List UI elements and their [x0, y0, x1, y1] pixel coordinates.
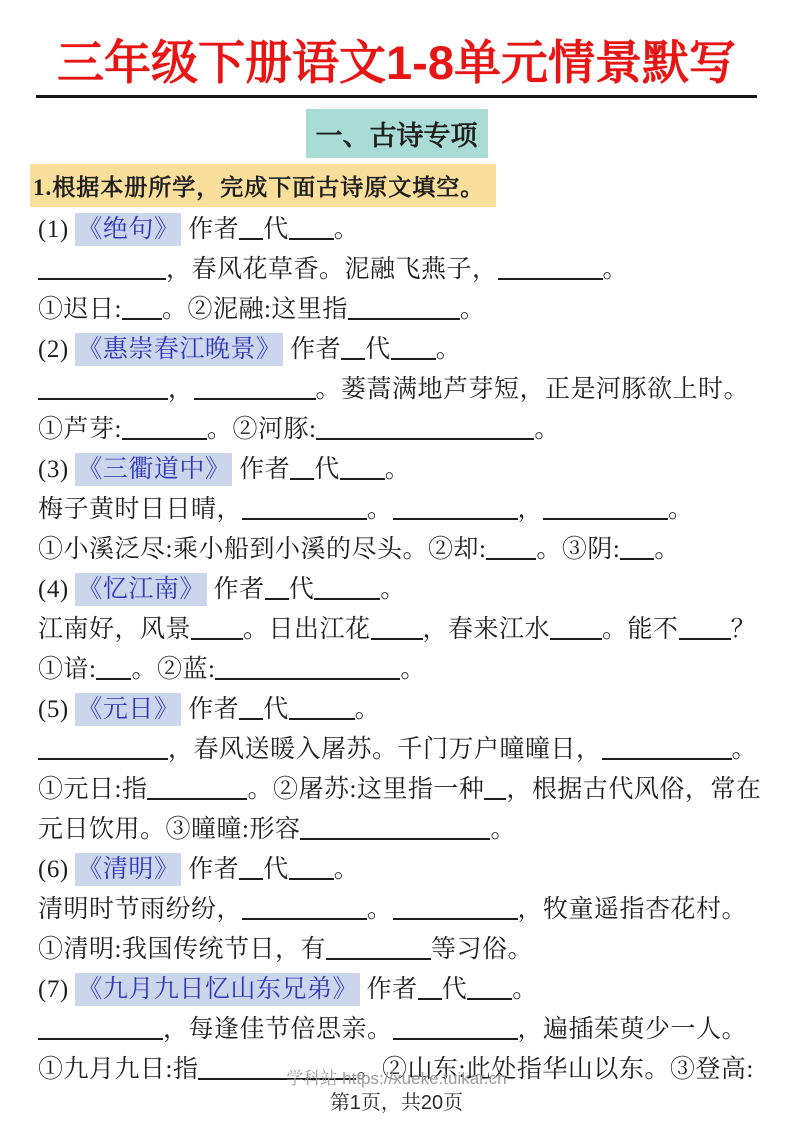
worksheet-line: (2) 《惠崇春江晚景》 作者代。	[38, 330, 763, 370]
worksheet-line: ①清明:我国传统节日，有等习俗。	[38, 930, 763, 970]
text-run: (7)	[38, 976, 75, 1003]
text-run: 。	[512, 976, 538, 1003]
text-run: ，	[168, 376, 194, 403]
text-run: 作者	[181, 856, 239, 883]
text-run: 。	[380, 576, 406, 603]
text-run: ，根据古代风俗，常在	[506, 776, 761, 803]
instruction-text: 1.根据本册所学，完成下面古诗原文填空。	[30, 164, 496, 207]
text-run: 。	[668, 496, 694, 523]
text-run: 。	[385, 456, 411, 483]
worksheet-line: 元日饮用。③曈曈:形容。	[38, 810, 763, 850]
worksheet-line: 清明时节雨纷纷，。，牧童遥指杏花村。	[38, 890, 763, 930]
fill-in-blank	[239, 853, 263, 880]
text-run: ，春来江水	[423, 616, 551, 643]
text-run: (3)	[38, 456, 75, 483]
text-run: 。	[732, 736, 758, 763]
text-run: 。日出江花	[243, 616, 371, 643]
fill-in-blank	[371, 613, 423, 640]
text-run: ①谙:	[38, 656, 96, 683]
text-run: 。	[460, 296, 486, 323]
poem-title-highlight: 《绝句》	[75, 213, 181, 246]
text-run: 代	[442, 976, 468, 1003]
text-run: 。	[436, 336, 462, 363]
fill-in-blank	[418, 973, 442, 1000]
fill-in-blank	[393, 493, 518, 520]
fill-in-blank	[265, 573, 289, 600]
text-run: 。③阴:	[536, 536, 620, 563]
fill-in-blank	[543, 493, 668, 520]
text-run: 作者	[181, 216, 239, 243]
worksheet-line: ，春风花草香。泥融飞燕子，。	[38, 250, 763, 290]
fill-in-blank	[300, 813, 490, 840]
fill-in-blank	[215, 653, 400, 680]
text-run: (4)	[38, 576, 75, 603]
worksheet-line: (7) 《九月九日忆山东兄弟》 作者代。	[38, 970, 763, 1010]
fill-in-blank	[393, 893, 518, 920]
text-run: 。	[367, 496, 393, 523]
worksheet-line: ①元日:指。②屠苏:这里指一种，根据古代风俗，常在	[38, 770, 763, 810]
text-run: ，遍插茱萸少一人。	[518, 1016, 748, 1043]
text-run: ，春风送暖入屠苏。千门万户曈曈日，	[168, 736, 602, 763]
fill-in-blank	[290, 453, 314, 480]
text-run: 。	[603, 256, 629, 283]
worksheet-line: ，春风送暖入屠苏。千门万户曈曈日，。	[38, 730, 763, 770]
text-run: 。能不	[602, 616, 679, 643]
fill-in-blank	[38, 373, 168, 400]
text-run: 作者	[360, 976, 418, 1003]
fill-in-blank	[147, 773, 247, 800]
text-run: ①小溪泛尽:乘小船到小溪的尽头。②却:	[38, 536, 486, 563]
worksheet-line: ①谙:。②蓝:。	[38, 650, 763, 690]
text-run: 代	[263, 696, 289, 723]
text-run: ①元日:指	[38, 776, 147, 803]
text-run: (5)	[38, 696, 75, 723]
worksheet-line: ，每逢佳节倍思亲。，遍插茱萸少一人。	[38, 1010, 763, 1050]
poem-title-highlight: 《惠崇春江晚景》	[75, 333, 283, 366]
text-run: 。	[334, 856, 360, 883]
text-run: 。	[334, 216, 360, 243]
poem-title-highlight: 《元日》	[75, 693, 181, 726]
fill-in-blank	[498, 253, 603, 280]
text-run: 。	[355, 696, 381, 723]
text-run: ？	[731, 616, 757, 643]
worksheet-line: (5) 《元日》 作者代。	[38, 690, 763, 730]
text-run: 。	[490, 816, 516, 843]
text-run: ，春风花草香。泥融飞燕子，	[166, 256, 498, 283]
fill-in-blank	[38, 1013, 163, 1040]
text-run: 作者	[232, 456, 290, 483]
text-run: 元日饮用。③曈曈:形容	[38, 816, 300, 843]
text-run: (1)	[38, 216, 75, 243]
fill-in-blank	[289, 213, 334, 240]
poem-title-highlight: 《三衢道中》	[75, 453, 232, 486]
text-run: 。蒌蒿满地芦芽短，正是河豚欲上时。	[316, 376, 750, 403]
worksheet-line: ①迟日:。②泥融:这里指。	[38, 290, 763, 330]
fill-in-blank	[340, 453, 385, 480]
worksheet-line: (4) 《忆江南》 作者代。	[38, 570, 763, 610]
fill-in-blank	[239, 213, 263, 240]
worksheet-line: 江南好，风景。日出江花，春来江水。能不？	[38, 610, 763, 650]
fill-in-blank	[341, 333, 365, 360]
worksheet-line: (1) 《绝句》 作者代。	[38, 210, 763, 250]
fill-in-blank	[289, 693, 355, 720]
footer-page-indicator: 第1页，共20页	[0, 1086, 793, 1115]
instruction-row: 1.根据本册所学，完成下面古诗原文填空。	[30, 164, 793, 207]
fill-in-blank	[679, 613, 731, 640]
text-run: 。②蓝:	[131, 656, 215, 683]
text-run: 作者	[207, 576, 265, 603]
fill-in-blank	[550, 613, 602, 640]
fill-in-blank	[194, 373, 316, 400]
text-run: (2)	[38, 336, 75, 363]
fill-in-blank	[38, 253, 166, 280]
worksheet-line: (3) 《三衢道中》 作者代。	[38, 450, 763, 490]
text-run: 代	[365, 336, 391, 363]
text-run: 作者	[181, 696, 239, 723]
text-run: 代	[314, 456, 340, 483]
text-run: 。②泥融:这里指	[162, 296, 348, 323]
text-run: ，	[518, 496, 544, 523]
poem-title-highlight: 《清明》	[75, 853, 181, 886]
fill-in-blank	[242, 893, 367, 920]
text-run: 。	[654, 536, 680, 563]
fill-in-blank	[242, 493, 367, 520]
worksheet-page: 三年级下册语文1-8单元情景默写 一、古诗专项 1.根据本册所学，完成下面古诗原…	[0, 0, 793, 1122]
poem-title-highlight: 《忆江南》	[75, 573, 207, 606]
text-run: 等习俗。	[431, 936, 533, 963]
fill-in-blank	[467, 973, 512, 1000]
worksheet-line: (6) 《清明》 作者代。	[38, 850, 763, 890]
text-run: 代	[289, 576, 315, 603]
worksheet-line: ，。蒌蒿满地芦芽短，正是河豚欲上时。	[38, 370, 763, 410]
text-run: ①迟日:	[38, 296, 122, 323]
fill-in-blank	[38, 733, 168, 760]
worksheet-line: ①小溪泛尽:乘小船到小溪的尽头。②却:。③阴:。	[38, 530, 763, 570]
fill-in-blank	[393, 1013, 518, 1040]
text-run: 清明时节雨纷纷，	[38, 896, 242, 923]
text-run: 江南好，风景	[38, 616, 191, 643]
text-run: ，牧童遥指杏花村。	[518, 896, 748, 923]
text-run: ①清明:我国传统节日，有	[38, 936, 326, 963]
fill-in-blank	[602, 733, 732, 760]
fill-in-blank	[191, 613, 243, 640]
fill-in-blank	[316, 413, 534, 440]
text-run: 。②屠苏:这里指一种	[247, 776, 484, 803]
text-run: 。②河豚:	[207, 416, 316, 443]
worksheet-body: (1) 《绝句》 作者代。，春风花草香。泥融飞燕子，。①迟日:。②泥融:这里指。…	[38, 210, 763, 1090]
fill-in-blank	[484, 773, 506, 800]
worksheet-line: 梅子黄时日日晴，。，。	[38, 490, 763, 530]
page-title: 三年级下册语文1-8单元情景默写	[36, 0, 757, 98]
fill-in-blank	[620, 533, 654, 560]
text-run: 梅子黄时日日晴，	[38, 496, 242, 523]
text-run: 。	[534, 416, 560, 443]
text-run: (6)	[38, 856, 75, 883]
fill-in-blank	[96, 653, 131, 680]
fill-in-blank	[314, 573, 380, 600]
section-heading-row: 一、古诗专项	[0, 109, 793, 158]
text-run: ①芦芽:	[38, 416, 122, 443]
fill-in-blank	[239, 693, 263, 720]
text-run: 。	[400, 656, 426, 683]
text-run: 代	[263, 856, 289, 883]
text-run: ，每逢佳节倍思亲。	[163, 1016, 393, 1043]
fill-in-blank	[348, 293, 460, 320]
worksheet-line: ①芦芽:。②河豚:。	[38, 410, 763, 450]
fill-in-blank	[122, 293, 162, 320]
poem-title-highlight: 《九月九日忆山东兄弟》	[75, 973, 360, 1006]
fill-in-blank	[391, 333, 436, 360]
fill-in-blank	[486, 533, 536, 560]
fill-in-blank	[326, 933, 431, 960]
section-heading: 一、古诗专项	[306, 109, 488, 158]
text-run: 代	[263, 216, 289, 243]
fill-in-blank	[122, 413, 207, 440]
fill-in-blank	[289, 853, 334, 880]
text-run: 。	[367, 896, 393, 923]
text-run: 作者	[283, 336, 341, 363]
